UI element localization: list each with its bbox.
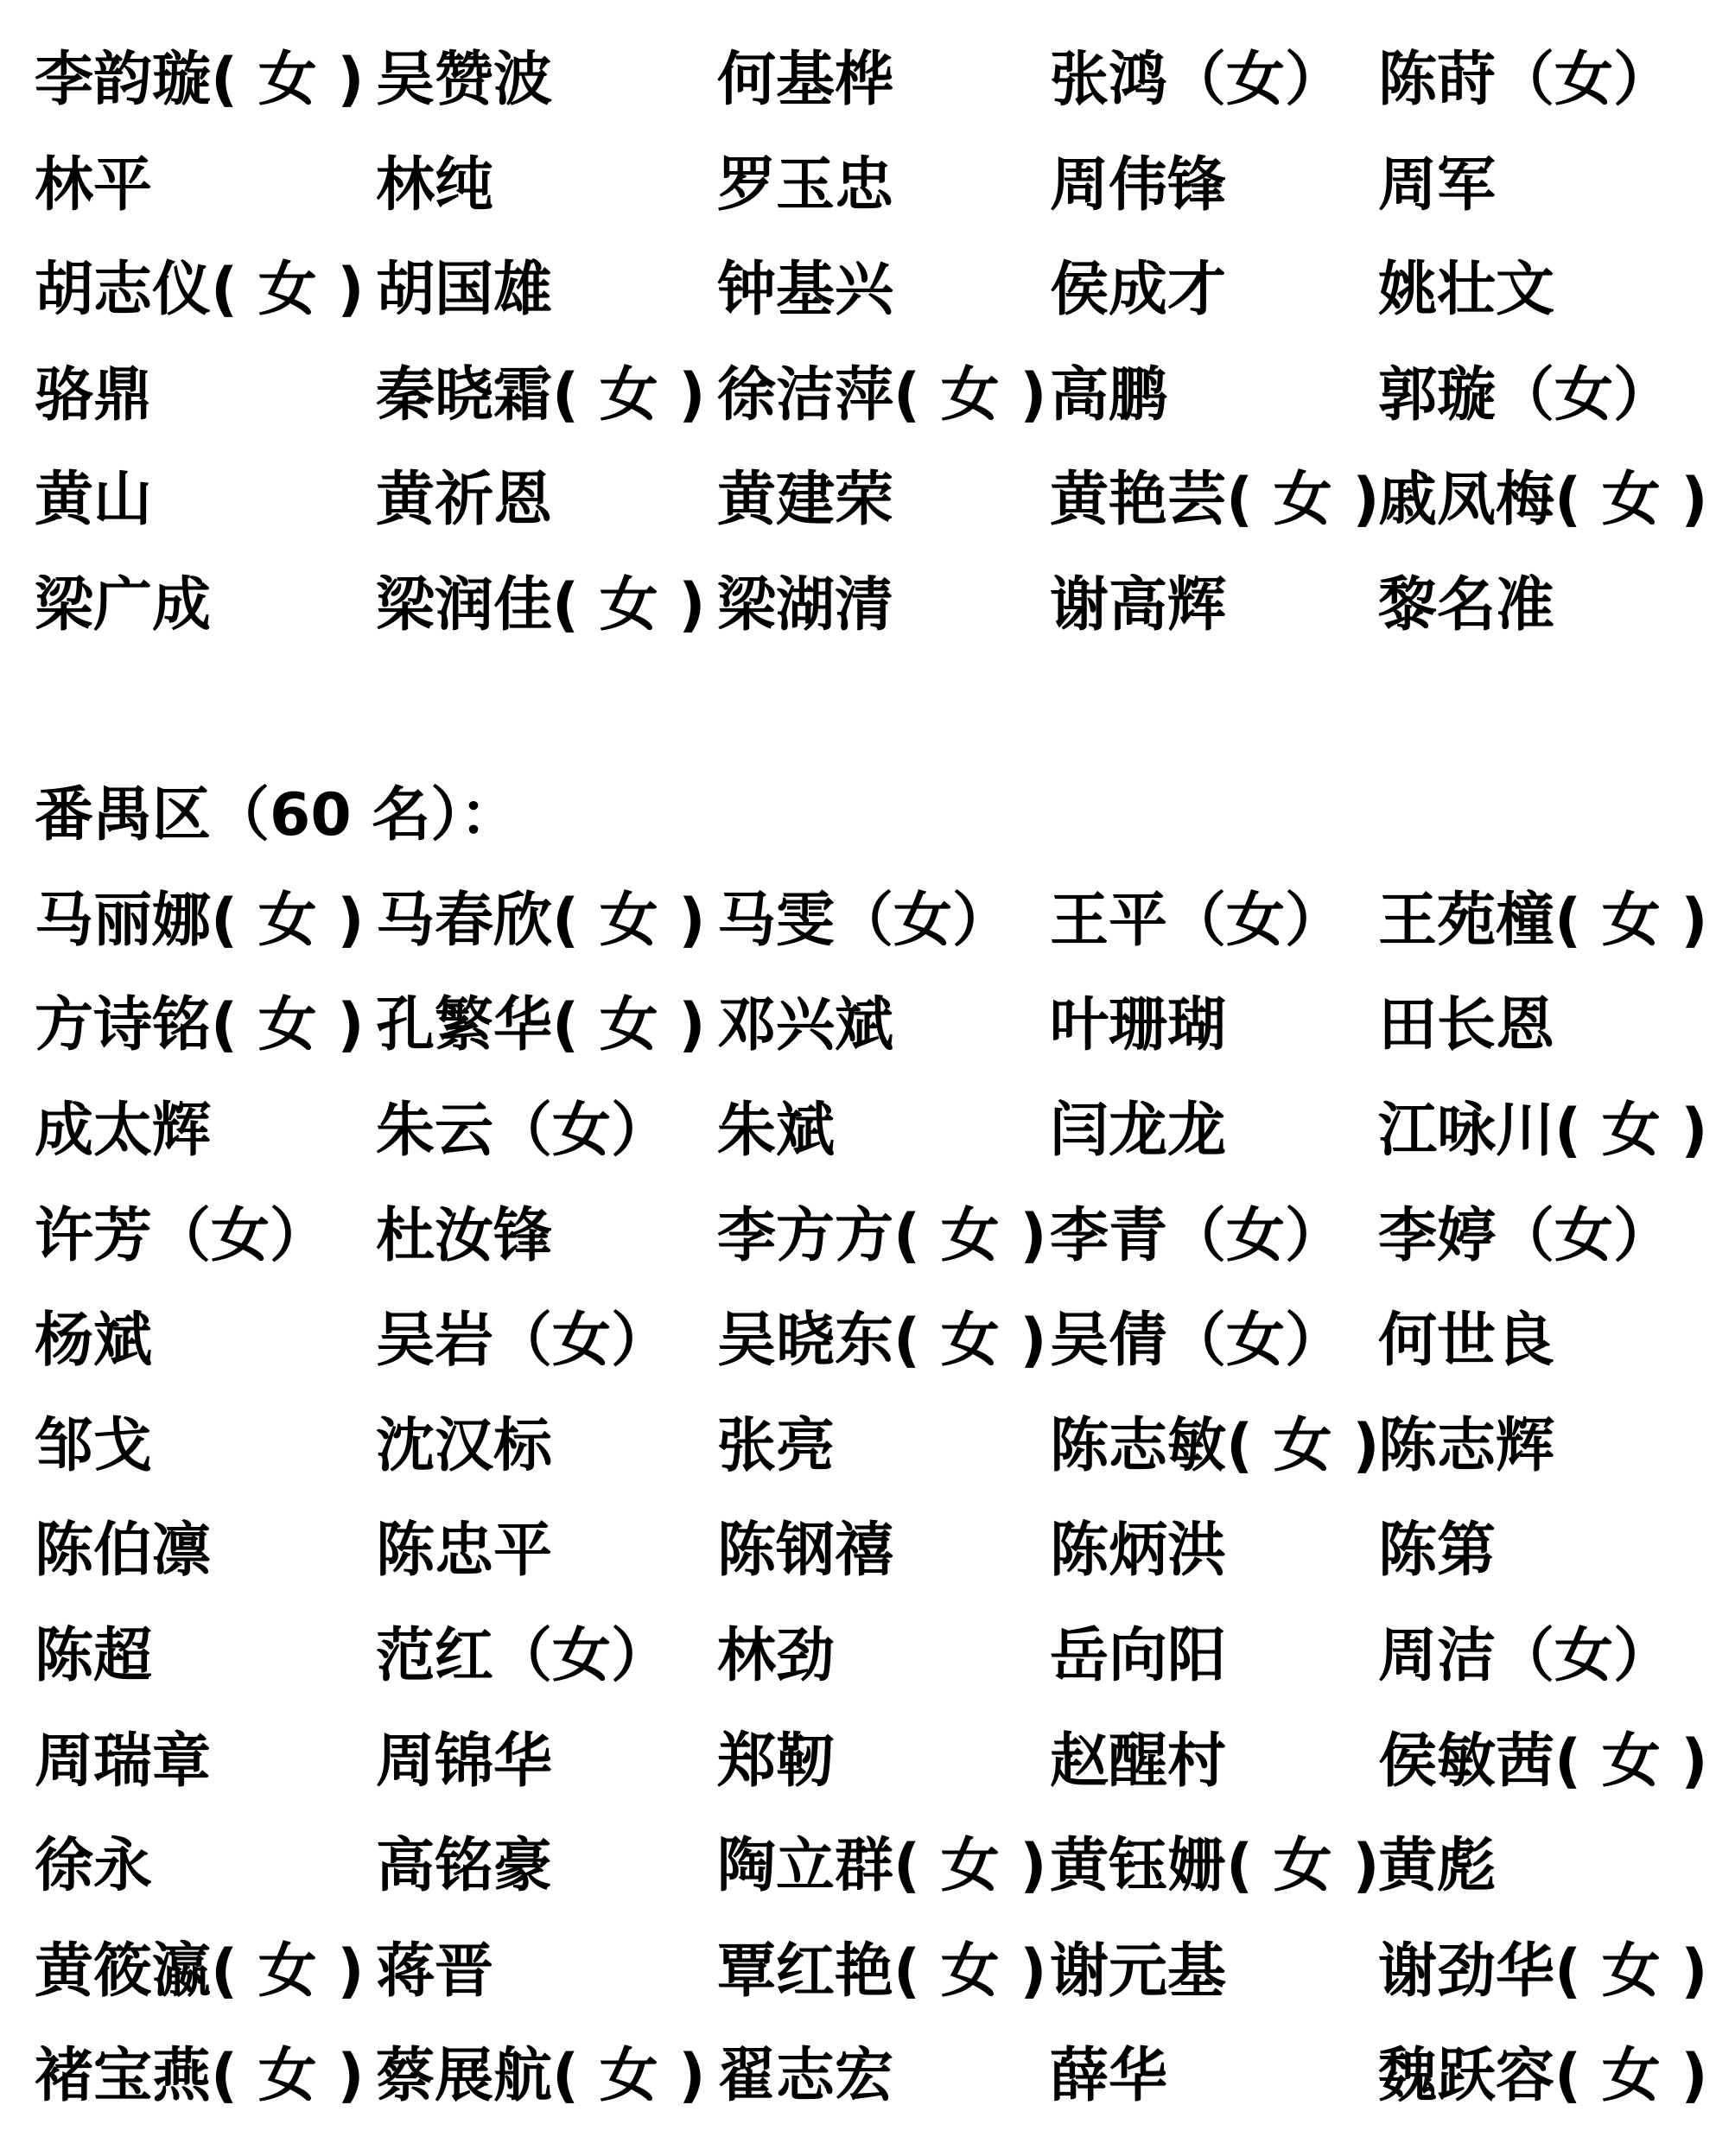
person-name: 朱斌 bbox=[717, 1091, 1050, 1172]
person-name: 闫龙龙 bbox=[1050, 1091, 1378, 1172]
person-name: 邓兴斌 bbox=[717, 985, 1050, 1066]
name-row: 周瑞章周锦华郑靭赵醒村侯敏茜( 女 ) bbox=[35, 1721, 1716, 1827]
person-name: 范红（女） bbox=[376, 1616, 717, 1697]
person-name: 谢劲华( 女 ) bbox=[1378, 1931, 1716, 2013]
person-name: 周瑞章 bbox=[35, 1721, 376, 1803]
person-name: 谢元基 bbox=[1050, 1931, 1378, 2013]
person-name: 孔繁华( 女 ) bbox=[376, 985, 717, 1066]
person-name: 薛华 bbox=[1050, 2036, 1378, 2117]
person-name: 周锦华 bbox=[376, 1721, 717, 1803]
person-name: 杜汝锋 bbox=[376, 1196, 717, 1277]
person-name: 成太辉 bbox=[35, 1091, 376, 1172]
person-name: 何世良 bbox=[1378, 1301, 1716, 1382]
name-list-document: 李韵璇( 女 )吴赞波何基桦张鸿（女）陈莳（女）林平林纯罗玉忠周伟锋周军胡志仪(… bbox=[0, 0, 1716, 2141]
name-row: 胡志仪( 女 )胡国雄钟基兴侯成才姚壮文 bbox=[35, 250, 1716, 355]
person-name: 李韵璇( 女 ) bbox=[35, 40, 376, 121]
name-row: 李韵璇( 女 )吴赞波何基桦张鸿（女）陈莳（女） bbox=[35, 40, 1716, 145]
person-name: 谢高辉 bbox=[1050, 565, 1378, 646]
person-name: 林纯 bbox=[376, 145, 717, 226]
person-name: 黄山 bbox=[35, 460, 376, 541]
person-name: 梁润佳( 女 ) bbox=[376, 565, 717, 646]
person-name: 何基桦 bbox=[717, 40, 1050, 121]
person-name: 骆鼎 bbox=[35, 355, 376, 436]
person-name: 黄艳芸( 女 ) bbox=[1050, 460, 1378, 541]
person-name: 方诗铭( 女 ) bbox=[35, 985, 376, 1066]
person-name: 陈超 bbox=[35, 1616, 376, 1697]
person-name: 江咏川( 女 ) bbox=[1378, 1091, 1716, 1172]
person-name: 赵醒村 bbox=[1050, 1721, 1378, 1803]
person-name: 黄彪 bbox=[1378, 1826, 1716, 1907]
person-name: 陶立群( 女 ) bbox=[717, 1826, 1050, 1907]
person-name: 罗玉忠 bbox=[717, 145, 1050, 226]
person-name: 郭璇（女） bbox=[1378, 355, 1716, 436]
person-name: 黄筱瀛( 女 ) bbox=[35, 1931, 376, 2013]
person-name: 朱云（女） bbox=[376, 1091, 717, 1172]
person-name: 钟基兴 bbox=[717, 250, 1050, 331]
name-row: 马丽娜( 女 )马春欣( 女 )马雯（女）王平（女）王苑橦( 女 ) bbox=[35, 881, 1716, 986]
name-row: 褚宝燕( 女 )蔡展航( 女 )翟志宏薛华魏跃容( 女 ) bbox=[35, 2036, 1716, 2141]
person-name: 侯成才 bbox=[1050, 250, 1378, 331]
person-name: 魏跃容( 女 ) bbox=[1378, 2036, 1716, 2117]
person-name: 陈志辉 bbox=[1378, 1406, 1716, 1487]
person-name: 蒋晋 bbox=[376, 1931, 717, 2013]
person-name: 陈炳洪 bbox=[1050, 1510, 1378, 1592]
name-row: 成太辉朱云（女）朱斌闫龙龙江咏川( 女 ) bbox=[35, 1091, 1716, 1196]
name-row: 陈超范红（女）林劲岳向阳周洁（女） bbox=[35, 1616, 1716, 1721]
person-name: 邹戈 bbox=[35, 1406, 376, 1487]
person-name: 李青（女） bbox=[1050, 1196, 1378, 1277]
person-name: 黎名准 bbox=[1378, 565, 1716, 646]
person-name: 胡志仪( 女 ) bbox=[35, 250, 376, 331]
person-name: 马春欣( 女 ) bbox=[376, 881, 717, 962]
person-name: 梁湖清 bbox=[717, 565, 1050, 646]
section-header: 番禺区（60 名）： bbox=[35, 775, 1716, 856]
person-name: 高铭豪 bbox=[376, 1826, 717, 1907]
person-name: 李婷（女） bbox=[1378, 1196, 1716, 1277]
person-name: 褚宝燕( 女 ) bbox=[35, 2036, 376, 2117]
person-name: 张亮 bbox=[717, 1406, 1050, 1487]
person-name: 秦晓霜( 女 ) bbox=[376, 355, 717, 436]
person-name: 胡国雄 bbox=[376, 250, 717, 331]
person-name: 戚凤梅( 女 ) bbox=[1378, 460, 1716, 541]
person-name: 姚壮文 bbox=[1378, 250, 1716, 331]
person-name: 周军 bbox=[1378, 145, 1716, 226]
person-name: 侯敏茜( 女 ) bbox=[1378, 1721, 1716, 1803]
person-name: 吴倩（女） bbox=[1050, 1301, 1378, 1382]
person-name: 叶珊瑚 bbox=[1050, 985, 1378, 1066]
person-name: 马雯（女） bbox=[717, 881, 1050, 962]
person-name: 沈汉标 bbox=[376, 1406, 717, 1487]
person-name: 陈钢禧 bbox=[717, 1510, 1050, 1592]
section-header-row: 番禺区（60 名）： bbox=[35, 775, 1716, 881]
person-name: 高鹏 bbox=[1050, 355, 1378, 436]
name-row: 梁广成梁润佳( 女 )梁湖清谢高辉黎名准 bbox=[35, 565, 1716, 671]
name-row: 骆鼎秦晓霜( 女 )徐洁萍( 女 )高鹏郭璇（女） bbox=[35, 355, 1716, 461]
person-name: 陈志敏( 女 ) bbox=[1050, 1406, 1378, 1487]
name-row: 方诗铭( 女 )孔繁华( 女 )邓兴斌叶珊瑚田长恩 bbox=[35, 985, 1716, 1091]
name-row: 黄山黄祈恩黄建荣黄艳芸( 女 )戚凤梅( 女 ) bbox=[35, 460, 1716, 565]
person-name: 王苑橦( 女 ) bbox=[1378, 881, 1716, 962]
person-name: 岳向阳 bbox=[1050, 1616, 1378, 1697]
person-name: 陈莳（女） bbox=[1378, 40, 1716, 121]
name-row: 黄筱瀛( 女 )蒋晋覃红艳( 女 )谢元基谢劲华( 女 ) bbox=[35, 1931, 1716, 2037]
person-name: 陈第 bbox=[1378, 1510, 1716, 1592]
person-name: 徐永 bbox=[35, 1826, 376, 1907]
person-name: 黄钰姗( 女 ) bbox=[1050, 1826, 1378, 1907]
section-gap bbox=[35, 671, 1716, 776]
person-name: 徐洁萍( 女 ) bbox=[717, 355, 1050, 436]
name-row: 邹戈沈汉标张亮陈志敏( 女 )陈志辉 bbox=[35, 1406, 1716, 1511]
person-name: 陈伯凛 bbox=[35, 1510, 376, 1592]
person-name: 许芳（女） bbox=[35, 1196, 376, 1277]
person-name: 李方方( 女 ) bbox=[717, 1196, 1050, 1277]
person-name: 马丽娜( 女 ) bbox=[35, 881, 376, 962]
person-name: 林劲 bbox=[717, 1616, 1050, 1697]
person-name: 吴岩（女） bbox=[376, 1301, 717, 1382]
name-row: 许芳（女）杜汝锋李方方( 女 )李青（女）李婷（女） bbox=[35, 1196, 1716, 1301]
name-row: 徐永高铭豪陶立群( 女 )黄钰姗( 女 )黄彪 bbox=[35, 1826, 1716, 1931]
person-name: 周伟锋 bbox=[1050, 145, 1378, 226]
person-name: 覃红艳( 女 ) bbox=[717, 1931, 1050, 2013]
person-name: 吴晓东( 女 ) bbox=[717, 1301, 1050, 1382]
person-name: 蔡展航( 女 ) bbox=[376, 2036, 717, 2117]
name-row: 林平林纯罗玉忠周伟锋周军 bbox=[35, 145, 1716, 251]
person-name: 王平（女） bbox=[1050, 881, 1378, 962]
person-name: 黄祈恩 bbox=[376, 460, 717, 541]
person-name: 黄建荣 bbox=[717, 460, 1050, 541]
person-name: 陈忠平 bbox=[376, 1510, 717, 1592]
person-name: 杨斌 bbox=[35, 1301, 376, 1382]
person-name: 林平 bbox=[35, 145, 376, 226]
name-row: 杨斌吴岩（女）吴晓东( 女 )吴倩（女）何世良 bbox=[35, 1301, 1716, 1406]
person-name: 张鸿（女） bbox=[1050, 40, 1378, 121]
person-name: 翟志宏 bbox=[717, 2036, 1050, 2117]
person-name: 吴赞波 bbox=[376, 40, 717, 121]
person-name: 田长恩 bbox=[1378, 985, 1716, 1066]
person-name: 梁广成 bbox=[35, 565, 376, 646]
person-name: 郑靭 bbox=[717, 1721, 1050, 1803]
name-row: 陈伯凛陈忠平陈钢禧陈炳洪陈第 bbox=[35, 1510, 1716, 1616]
person-name: 周洁（女） bbox=[1378, 1616, 1716, 1697]
